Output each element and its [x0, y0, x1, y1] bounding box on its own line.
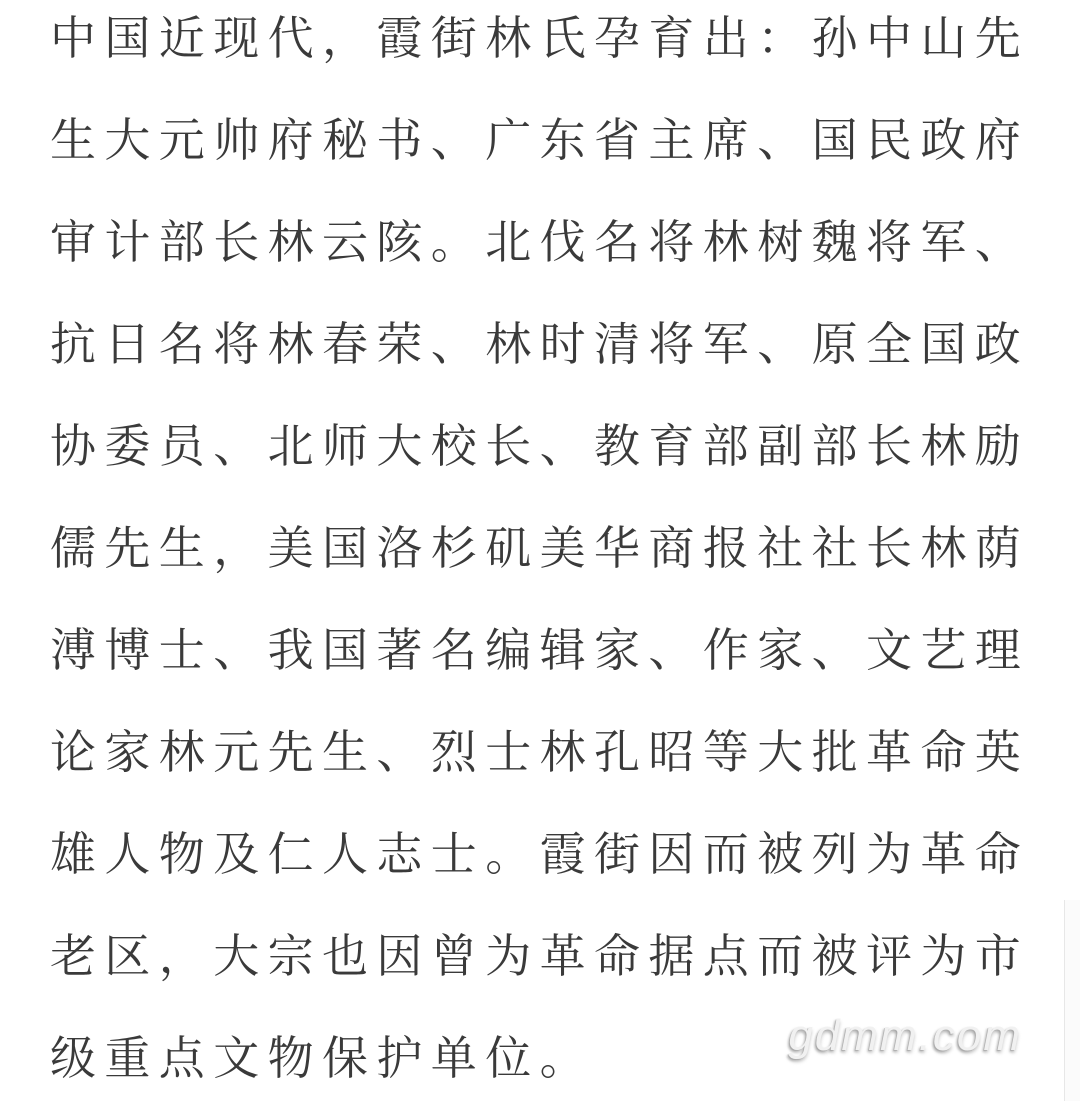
right-edge-divider [1064, 900, 1080, 1101]
body-text: 中国近现代，霞街林氏孕育出：孙中山先 生大元帅府秘书、广东省主席、国民政府 审计… [50, 0, 1050, 1101]
text-line: 生大元帅府秘书、广东省主席、国民政府 [50, 89, 1050, 191]
watermark: gdmm.com [788, 1011, 1022, 1061]
text-line: 中国近现代，霞街林氏孕育出：孙中山先 [50, 0, 1050, 89]
document-page: 中国近现代，霞街林氏孕育出：孙中山先 生大元帅府秘书、广东省主席、国民政府 审计… [0, 0, 1080, 1101]
text-line: 协委员、北师大校长、教育部副部长林励 [50, 395, 1050, 497]
text-line: 雄人物及仁人志士。霞街因而被列为革命 [50, 803, 1050, 905]
text-line: 老区，大宗也因曾为革命据点而被评为市 [50, 905, 1050, 1007]
text-line: 审计部长林云陔。北伐名将林树魏将军、 [50, 191, 1050, 293]
text-line: 抗日名将林春荣、林时清将军、原全国政 [50, 293, 1050, 395]
text-line: 论家林元先生、烈士林孔昭等大批革命英 [50, 701, 1050, 803]
text-line: 溥博士、我国著名编辑家、作家、文艺理 [50, 599, 1050, 701]
text-line: 儒先生，美国洛杉矶美华商报社社长林荫 [50, 497, 1050, 599]
